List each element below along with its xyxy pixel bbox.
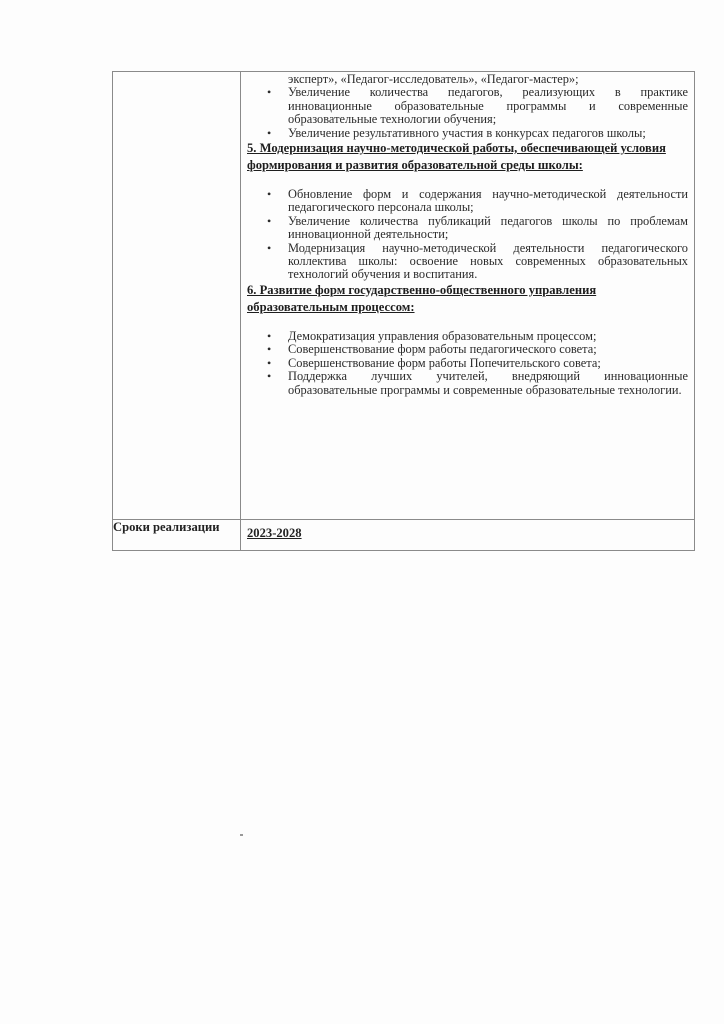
list-item: •Поддержка лучших учителей, внедряющий и…	[247, 370, 688, 397]
timeline-label: Сроки реализации	[113, 520, 241, 551]
bullet-icon: •	[267, 330, 271, 343]
bullet-icon: •	[267, 215, 271, 228]
list-item: •Увеличение результативного участия в ко…	[247, 127, 688, 140]
timeline-value-cell: 2023-2028	[241, 520, 695, 551]
timeline-value: 2023-2028	[241, 520, 302, 541]
list-item: •Совершенствование форм работы педагогич…	[247, 343, 688, 356]
list-item: •Совершенствование форм работы Попечител…	[247, 357, 688, 370]
bullet-icon: •	[267, 188, 271, 201]
document-page: эксперт», «Педагог-исследователь», «Педа…	[0, 0, 724, 1024]
section-heading-5: 5. Модернизация научно-методической рабо…	[247, 140, 688, 174]
list-item: •Обновление форм и содержания научно-мет…	[247, 188, 688, 215]
list-item: •Модернизация научно-методической деятел…	[247, 242, 688, 282]
bullet-list-5: •Обновление форм и содержания научно-мет…	[247, 188, 688, 282]
table-row-goals: эксперт», «Педагог-исследователь», «Педа…	[113, 72, 695, 520]
list-item: •Увеличение количества педагогов, реализ…	[247, 86, 688, 126]
program-table: эксперт», «Педагог-исследователь», «Педа…	[112, 71, 695, 551]
list-item: •Увеличение количества публикаций педаго…	[247, 215, 688, 242]
scan-speck	[240, 834, 243, 836]
bullet-icon: •	[267, 86, 271, 99]
bullet-icon: •	[267, 242, 271, 255]
row-content-cell: эксперт», «Педагог-исследователь», «Педа…	[241, 72, 695, 520]
bullet-icon: •	[267, 127, 271, 140]
bullet-icon: •	[267, 357, 271, 370]
table-row-timeline: Сроки реализации 2023-2028	[113, 520, 695, 551]
bullet-list-6: •Демократизация управления образовательн…	[247, 330, 688, 397]
bullet-list-top: •Увеличение количества педагогов, реализ…	[247, 86, 688, 140]
section-heading-6: 6. Развитие форм государственно-обществе…	[232, 282, 688, 316]
list-item: •Демократизация управления образовательн…	[247, 330, 688, 343]
bullet-icon: •	[267, 370, 271, 383]
bullet-icon: •	[267, 343, 271, 356]
continuation-line: эксперт», «Педагог-исследователь», «Педа…	[247, 73, 688, 86]
row-label-cell	[113, 72, 241, 520]
